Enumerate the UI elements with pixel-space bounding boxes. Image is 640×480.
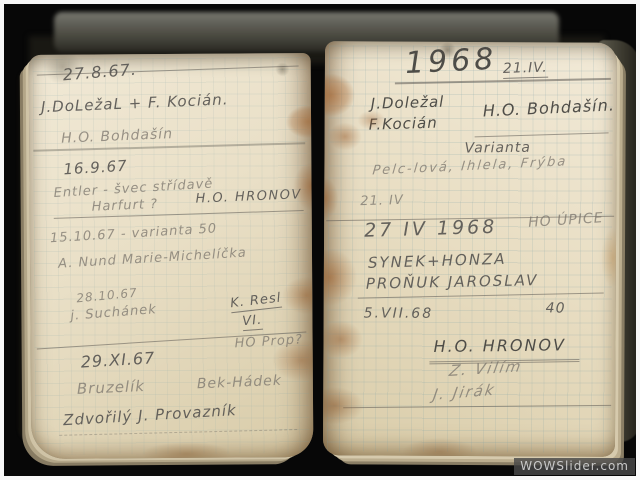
notebook-page-right: 1968 21.IV. J.Doležal F.Kocián H.O. Bohd… [323,41,617,457]
watermark-link[interactable]: WOWSlider.com [514,458,635,475]
handwritten-line: 5.VII.68 [364,305,434,321]
handwritten-year: 1968 [404,42,498,81]
water-stains [29,53,314,459]
handwritten-line: 27.8.67. [62,60,137,85]
photo-frame: 27.8.67. J.DoLežaL + F. Kocián. H.O. Boh… [0,0,640,480]
handwritten-line: J.Doležal [371,93,445,113]
ruled-line [475,132,609,137]
handwritten-line: 16.9.67 [63,157,128,179]
notebook-page-left: 27.8.67. J.DoLežaL + F. Kocián. H.O. Boh… [29,53,314,459]
handwritten-line: PROŇUK JAROSLAV [366,271,539,293]
handwritten-line: j. Suchánek [70,302,157,324]
handwritten-line: Varianta [464,140,531,157]
graph-paper-grid [327,45,613,452]
handwritten-line: 29.XI.67 [80,348,156,371]
handwritten-line: H.O. Bohdašín [61,126,173,147]
handwritten-line: 15.10.67 - varianta 50 [50,221,218,246]
ruled-line [395,78,611,85]
ruled-line [429,359,579,364]
ruled-line [37,332,307,350]
handwritten-signature: Z. Vilím [448,357,524,380]
handwritten-line: SYNEK+HONZA [368,250,507,272]
handwritten-signature: J. Jirák [432,381,497,404]
water-stains [323,41,617,457]
ruled-line [358,292,604,298]
handwritten-line: F.Kocián [368,114,438,134]
handwritten-line: H.O. Bohdašín. [482,95,615,120]
ruled-line [37,65,299,75]
handwritten-line: H.O. HRONOV [195,187,302,206]
handwritten-line: HO ÚPICE [528,210,604,231]
ruled-line [33,142,305,152]
handwritten-line: K. Resl [230,291,283,314]
handwritten-line: 27 IV 1968 [364,216,498,242]
ruled-line [54,210,304,219]
handwritten-line: J.DoLežaL + F. Kocián. [41,90,229,116]
handwritten-line: Zdvořilý J. Provazník [63,401,237,429]
handwritten-line: H.O. HRONOV [433,335,566,356]
ruled-line [343,405,611,408]
notebook-photo: 27.8.67. J.DoLežaL + F. Kocián. H.O. Boh… [4,4,636,476]
handwritten-line: A. Nund Marie-Michelíčka [58,246,247,272]
handwritten-line: Bek-Hádek [197,373,283,393]
ruled-line [326,216,614,222]
handwritten-line: 28.10.67 [76,286,138,306]
handwritten-line: HO Prop? [234,332,303,351]
handwritten-line: 21. IV [360,193,404,209]
ruled-line [59,429,297,436]
handwritten-line: Pelc-lová, Ihlela, Frýba [372,154,568,178]
handwritten-line: 21.IV. [503,60,548,79]
handwritten-line: VI. [242,313,263,331]
handwritten-line: Harfurt ? [91,197,158,215]
handwritten-line: 40 [546,300,566,316]
handwritten-line: Entler - švec střídavě [53,177,214,201]
handwritten-line: Bruzelík [77,377,146,398]
graph-paper-grid [33,57,310,455]
